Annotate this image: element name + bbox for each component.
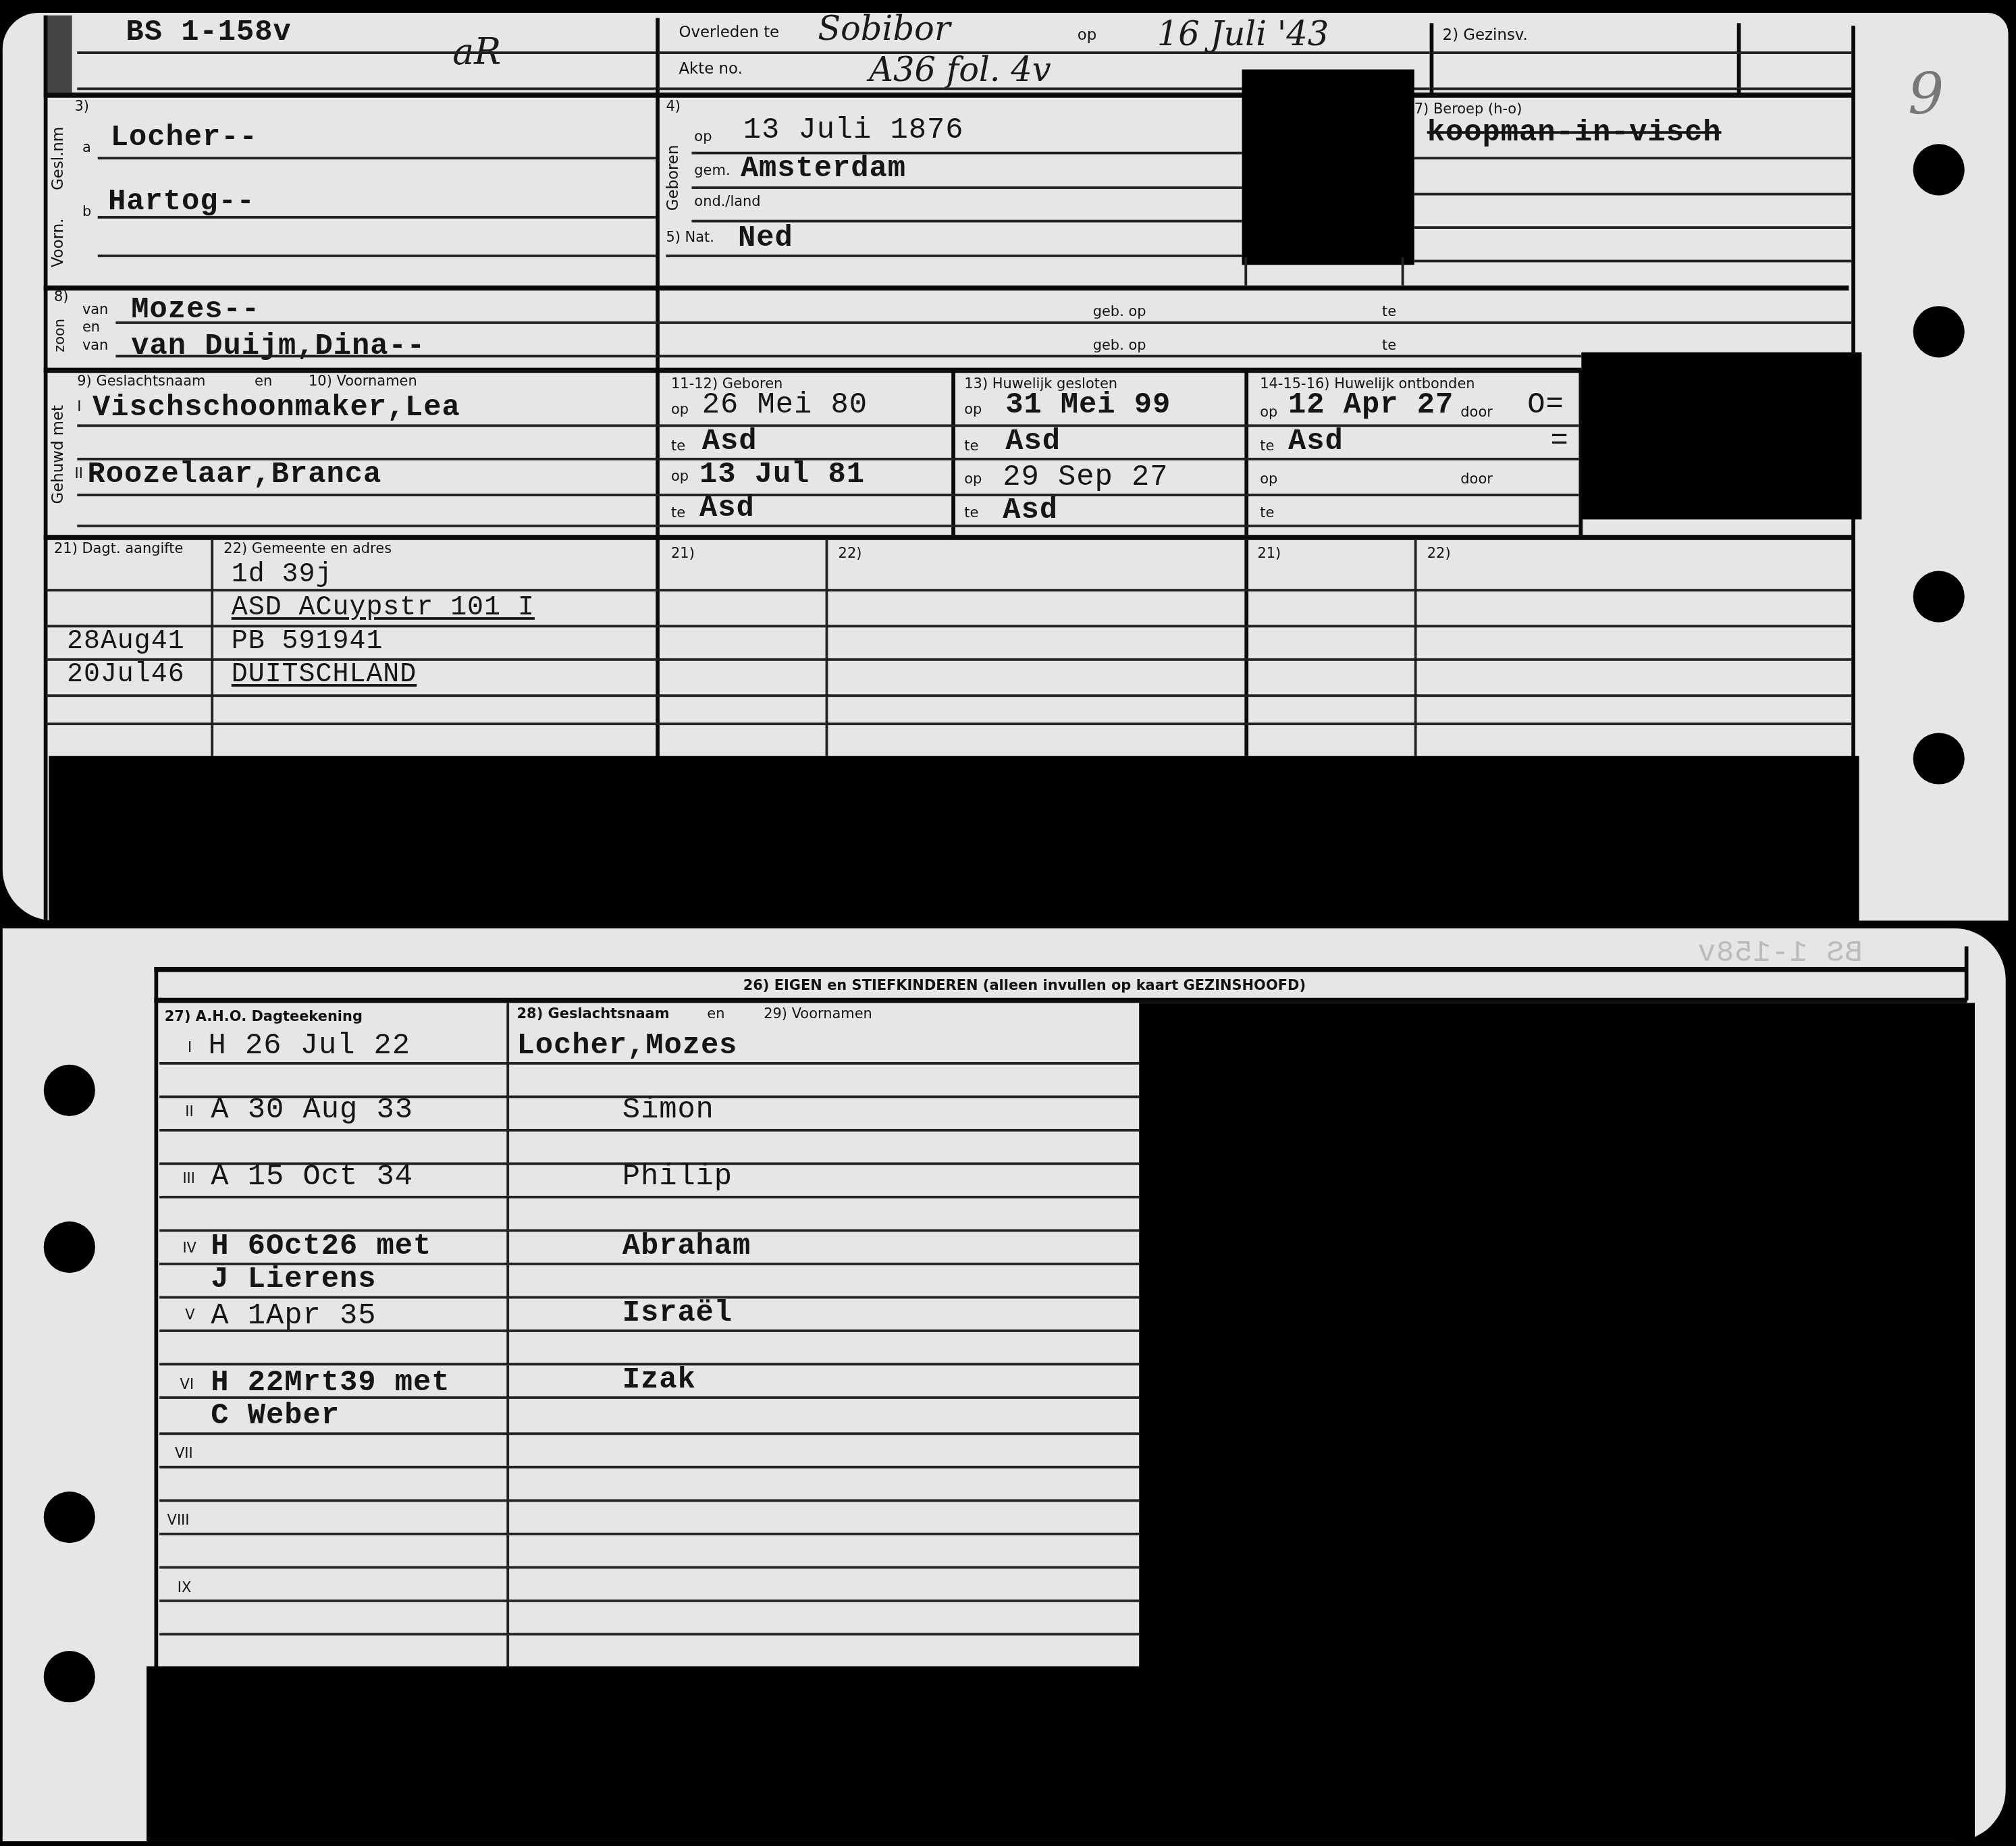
- addr-date-4: 20Jul46: [67, 661, 185, 691]
- rule: [98, 216, 656, 218]
- frame-left: [155, 967, 159, 1672]
- marr-1-diss-place: Asd: [1288, 424, 1344, 458]
- scan-stage: BS 1-158v aR Overleden te Sobibor op 16 …: [0, 0, 2016, 1846]
- rule: [159, 1432, 1139, 1434]
- child-1-aho: H 26 Jul 22: [208, 1028, 410, 1062]
- rule: [115, 355, 1581, 357]
- rule: [77, 525, 1579, 527]
- occupation-value: koopman-in-visch: [1427, 115, 1722, 149]
- child-4-aho: H 6Oct26 met: [211, 1230, 431, 1263]
- child-5-aho: A 1Apr 35: [211, 1298, 376, 1332]
- card-reference: BS 1-158v: [126, 16, 292, 49]
- rule: [159, 1533, 1139, 1535]
- child-4-num: IV: [182, 1240, 196, 1257]
- geboren-side-label: Geboren: [664, 145, 682, 211]
- rule: [47, 658, 1852, 660]
- addr-col22b-label: 22): [839, 545, 862, 562]
- marr-1-spouse: Vischschoonmaker,Lea: [92, 391, 460, 425]
- overleden-label: Overleden te: [679, 23, 779, 41]
- van-label-2: van: [82, 337, 109, 354]
- marr-1-married-op: op: [964, 401, 982, 418]
- col-voornamen-label: 29) Voornamen: [764, 1005, 872, 1022]
- section-divider: [44, 368, 1582, 373]
- mother-geb-op-label: geb. op: [1093, 337, 1146, 354]
- mirrored-reference: BS 1-158v: [1697, 936, 1863, 970]
- nationality-value: Ned: [738, 221, 793, 255]
- rule: [1432, 87, 1851, 89]
- parents-section-num: 8): [54, 288, 69, 305]
- frame-right: [1965, 947, 1969, 1001]
- frame-left: [44, 16, 48, 921]
- mother-te-label: te: [1382, 337, 1396, 354]
- marr-2-spouse: Roozelaar,Branca: [87, 458, 381, 492]
- marr-1-married-date: 31 Mei 99: [1005, 388, 1171, 422]
- occupation-label: 7) Beroep (h-o): [1414, 101, 1522, 117]
- marr-1-door: door: [1460, 404, 1493, 421]
- father-te-label: te: [1382, 303, 1396, 320]
- marr-1-born-place: Asd: [702, 424, 758, 458]
- rule: [47, 589, 1852, 591]
- card-tab-strip: [44, 16, 72, 93]
- section-divider: [44, 535, 1854, 540]
- rule: [1414, 226, 1851, 228]
- gehuwd-side-label: Gehuwd met: [49, 405, 67, 504]
- rule: [77, 424, 1579, 426]
- section-divider: [155, 998, 1967, 1003]
- section-divider: [44, 93, 1854, 98]
- child-5-num: V: [185, 1307, 194, 1323]
- addr-col21b-label: 21): [671, 545, 695, 562]
- rule: [159, 1466, 1139, 1468]
- marr-col-voornamen: 10) Voornamen: [309, 373, 417, 390]
- death-place: Sobibor: [818, 10, 950, 49]
- marr-2-married-op: op: [964, 471, 982, 487]
- birth-op-label: op: [694, 128, 712, 145]
- marr-2-born-date: 13 Jul 81: [699, 458, 865, 492]
- marr-1-diss-date: 12 Apr 27: [1288, 388, 1454, 422]
- gesl-side-label: Gesl.nm: [49, 127, 67, 190]
- frame-col-gez: [1430, 23, 1434, 95]
- rule: [47, 722, 1852, 724]
- addr-line-4: DUITSCHLAND: [232, 661, 417, 691]
- zoon-side-label: zoon: [51, 319, 68, 352]
- children-title: 26) EIGEN en STIEFKINDEREN (alleen invul…: [743, 977, 1306, 994]
- rule: [159, 1396, 1139, 1398]
- rule: [1414, 157, 1851, 159]
- akte-value: A36 fol. 4v: [869, 51, 1051, 90]
- redaction-block: [147, 1666, 1975, 1841]
- addr-col22c-label: 22): [1427, 545, 1451, 562]
- redaction-block: [49, 756, 1859, 924]
- rule: [159, 1633, 1139, 1635]
- child-6-aho: H 22Mrt39 met: [211, 1365, 450, 1399]
- margin-note: 9: [1908, 61, 1944, 127]
- marr-2-married-te: te: [964, 504, 978, 521]
- punch-hole: [1913, 144, 1965, 195]
- ond-land-label: ond./land: [694, 193, 760, 210]
- names-section-num: 3): [74, 98, 89, 115]
- firstname-value: Hartog--: [108, 185, 255, 219]
- addr-line-2: ASD ACuypstr 101 I: [232, 594, 535, 624]
- voorn-side-label: Voorn.: [49, 219, 67, 268]
- rule: [47, 625, 1852, 627]
- child-3-name: Philip: [622, 1160, 733, 1194]
- section-divider: [155, 967, 1967, 972]
- death-date: 16 Juli '43: [1157, 16, 1329, 54]
- addr-line-1: 1d 39j: [232, 560, 333, 590]
- rule: [47, 694, 1852, 696]
- marr-1-born-op: op: [671, 401, 689, 418]
- punch-hole: [1913, 733, 1965, 784]
- father-geb-op-label: geb. op: [1093, 303, 1146, 320]
- child-4-name: Abraham: [622, 1230, 751, 1263]
- en-label: en: [82, 319, 100, 336]
- redaction-block: [1242, 70, 1414, 265]
- rule-v: [506, 1003, 508, 1671]
- punch-hole: [44, 1492, 95, 1543]
- child-1-num: I: [188, 1039, 192, 1056]
- marr-1-diss-te: te: [1260, 437, 1274, 454]
- rule: [1414, 260, 1851, 262]
- marr-2-born-place: Asd: [699, 491, 755, 525]
- rule: [98, 157, 656, 159]
- rule: [159, 1600, 1139, 1602]
- marr-2-married-date: 29 Sep 27: [1003, 460, 1168, 494]
- van-label: van: [82, 301, 109, 318]
- rule: [1414, 193, 1851, 195]
- mother-name: van Duijm,Dina--: [131, 329, 425, 363]
- child-6-name: Izak: [622, 1363, 696, 1397]
- rule: [159, 1129, 1139, 1131]
- death-op-label: op: [1078, 26, 1097, 44]
- birth-place: Amsterdam: [741, 152, 906, 186]
- child-6-num: VI: [180, 1376, 194, 1393]
- marr-2-married-place: Asd: [1003, 494, 1058, 527]
- addr-date-3: 28Aug41: [67, 627, 185, 657]
- marr-2-born-te: te: [671, 504, 685, 521]
- child-2-name: Simon: [622, 1093, 714, 1127]
- child-1-name: Locher,Mozes: [517, 1028, 738, 1062]
- marr-2-num: II: [74, 465, 82, 482]
- a-label: a: [82, 139, 91, 156]
- rule: [159, 1062, 1139, 1064]
- child-9-num: IX: [178, 1579, 192, 1596]
- b-label: b: [82, 203, 91, 220]
- punch-hole: [44, 1065, 95, 1116]
- rule: [77, 51, 656, 53]
- child-7-num: VII: [175, 1445, 193, 1462]
- rule-v: [1244, 370, 1248, 535]
- marr-1-born-te: te: [671, 437, 685, 454]
- marr-1-married-te: te: [964, 437, 978, 454]
- marr-2-diss-op: op: [1260, 471, 1277, 487]
- rule: [159, 1196, 1139, 1198]
- section-divider: [44, 286, 1849, 291]
- marr-1-married-place: Asd: [1005, 424, 1061, 458]
- marr-2-door: door: [1460, 471, 1493, 487]
- rule: [1432, 51, 1851, 53]
- addr-col21-label: 21) Dagt. aangifte: [54, 540, 183, 557]
- rule-v: [951, 370, 955, 535]
- rule: [115, 321, 1851, 323]
- gezinsv-label: 2) Gezinsv.: [1443, 26, 1528, 44]
- marr-1-diss-mark: =: [1551, 424, 1569, 458]
- rule: [77, 494, 1579, 496]
- punch-hole: [1913, 306, 1965, 357]
- rule: [159, 1329, 1139, 1331]
- child-2-num: II: [185, 1103, 193, 1120]
- punch-hole: [44, 1221, 95, 1273]
- child-4-aho-2: J Lierens: [211, 1263, 376, 1296]
- gem-label: gem.: [694, 162, 730, 179]
- redaction-block: [1581, 352, 1861, 520]
- child-3-num: III: [182, 1170, 195, 1187]
- addr-line-3: PB 591941: [232, 627, 383, 657]
- child-2-aho: A 30 Aug 33: [211, 1093, 413, 1127]
- rule: [98, 255, 656, 257]
- col-aho-label: 27) A.H.O. Dagteekening: [165, 1008, 363, 1025]
- col-name-label: 28) Geslachtsnaam: [517, 1005, 670, 1022]
- rule: [159, 1499, 1139, 1501]
- rule: [159, 1263, 1139, 1265]
- rule: [666, 255, 1242, 257]
- redaction-block: [1139, 1003, 1975, 1671]
- akte-label: Akte no.: [679, 59, 743, 78]
- birth-section-num: 4): [666, 98, 681, 115]
- surname-value: Locher--: [111, 121, 258, 155]
- marr-1-num: I: [77, 398, 81, 415]
- child-6-aho-2: C Weber: [211, 1399, 340, 1433]
- child-3-aho: A 15 Oct 34: [211, 1160, 413, 1194]
- punch-hole: [1913, 571, 1965, 623]
- frame-col-gez2: [1737, 23, 1741, 95]
- nationality-label: 5) Nat.: [666, 229, 714, 246]
- rule-v: [1244, 257, 1246, 286]
- addr-col21c-label: 21): [1257, 545, 1281, 562]
- marr-2-born-op: op: [671, 468, 689, 485]
- punch-hole: [44, 1651, 95, 1702]
- frame-col-mid: [656, 18, 660, 759]
- rule: [159, 1566, 1139, 1568]
- child-8-num: VIII: [167, 1512, 190, 1529]
- rule-v: [1402, 257, 1404, 286]
- marr-2-diss-te: te: [1260, 504, 1274, 521]
- marr-col-en: en: [255, 373, 272, 390]
- marr-1-born-date: 26 Mei 80: [702, 388, 868, 422]
- marr-col-name: 9) Geslachtsnaam: [77, 373, 205, 390]
- col-en-label: en: [707, 1005, 724, 1022]
- marr-1-diss-op: op: [1260, 404, 1277, 421]
- birth-date: 13 Juli 1876: [743, 113, 964, 147]
- rule: [77, 87, 656, 89]
- addr-col22-label: 22) Gemeente en adres: [223, 540, 392, 557]
- marr-1-diss-by: O=: [1527, 388, 1564, 422]
- child-5-name: Israël: [622, 1296, 733, 1330]
- rule: [692, 186, 1242, 188]
